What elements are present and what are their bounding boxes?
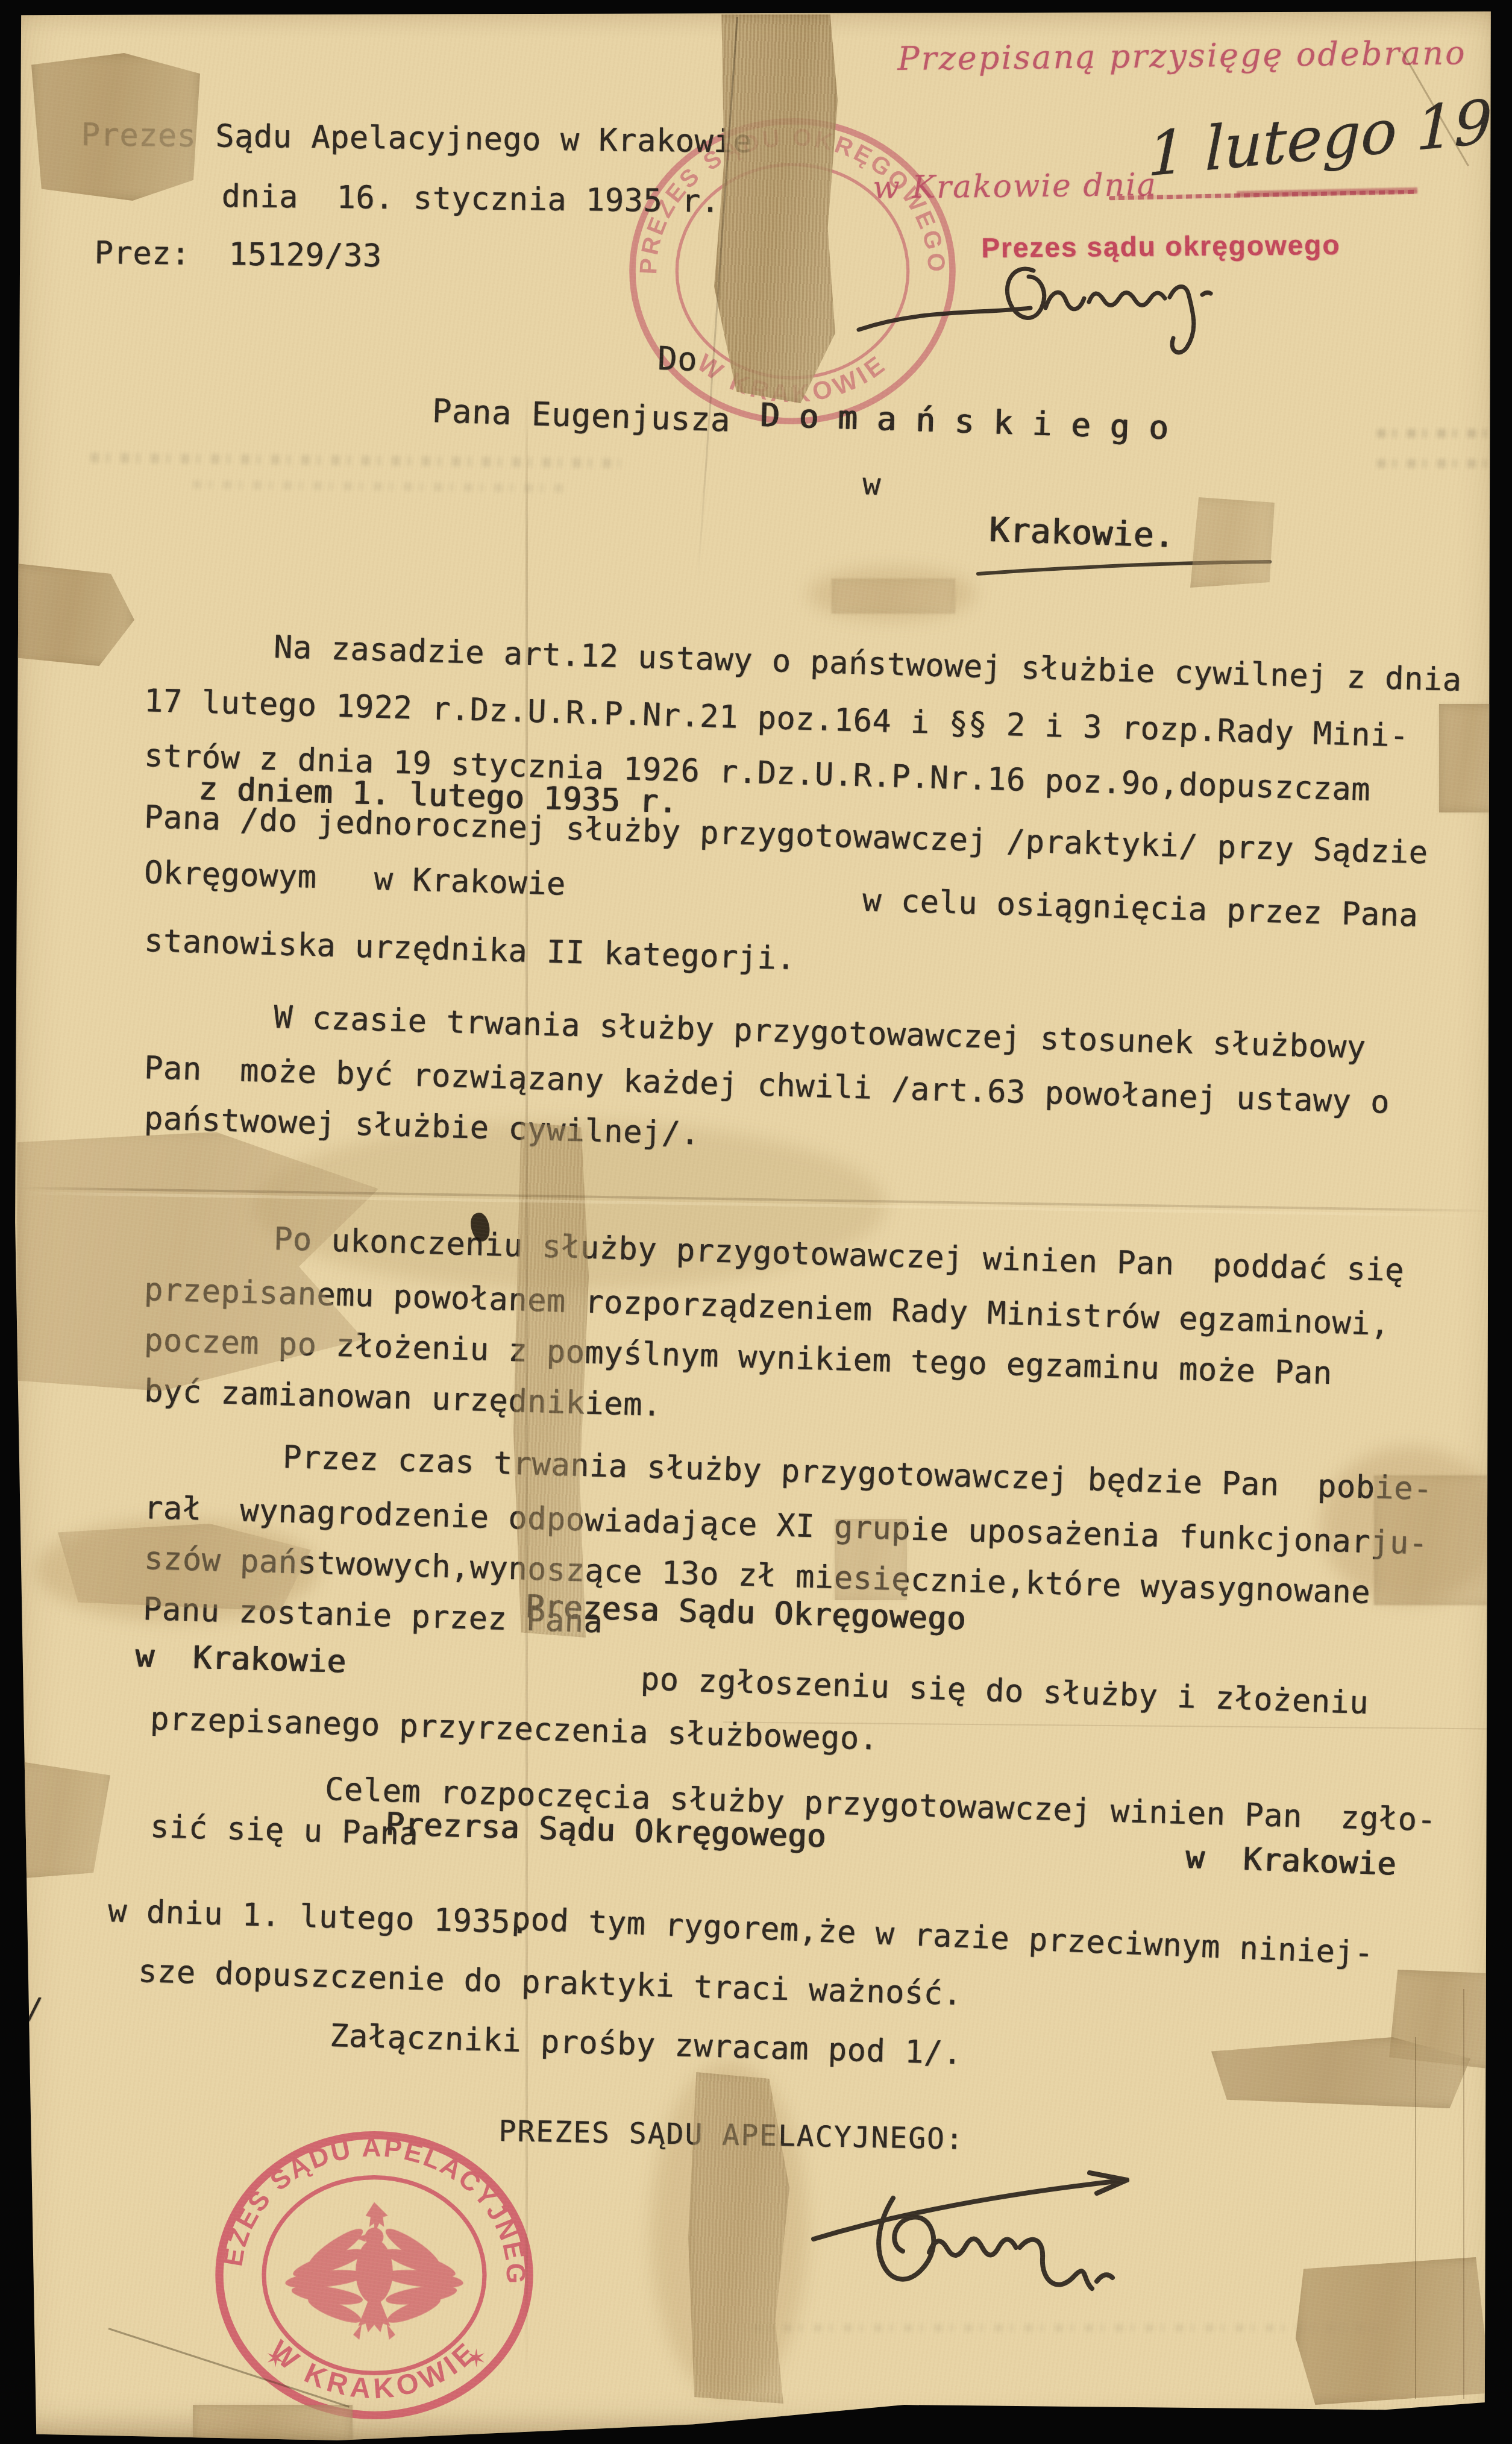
reference-number-line: Prez: 15129/33: [94, 237, 382, 272]
tape-piece: [17, 564, 134, 666]
appellate-president-signature: [801, 2161, 1211, 2317]
tape-piece: [193, 2405, 353, 2440]
address-city: Krakowie.: [988, 514, 1175, 553]
bleed-through-text: [1377, 429, 1507, 438]
tape-piece-center-top: [714, 14, 838, 403]
oath-received-stamp: Przepisaną przysięgę odebrano: [897, 34, 1467, 78]
typed-line: 17 lutego 1922 r.Dz.U.R.P.Nr.21 poz.164 …: [144, 685, 1410, 752]
tape-piece: [1190, 497, 1275, 588]
tape-piece: [1374, 1475, 1498, 1605]
tape-piece: [835, 1519, 907, 1600]
tape-piece: [31, 53, 200, 201]
typed-line: Na zasadzie art.12 ustawy o państwowej s…: [274, 632, 1463, 696]
typed-line: przepisanego przyrzeczenia służbowego.: [150, 1703, 879, 1755]
typed-line: pod tym rygorem,że w razie przeciwnym ni…: [511, 1903, 1374, 1969]
address-preposition: w: [862, 469, 881, 500]
tape-piece-center-bottom: [688, 2072, 789, 2404]
appellate-court-seal: PREZES SĄDU APELACYJNEGO W KRAKOWIE ✶ ✶: [201, 2120, 548, 2430]
bleed-through-text: [90, 453, 621, 468]
typed-line: W czasie trwania służby przygotowawczej …: [274, 1002, 1367, 1064]
tape-piece: [832, 579, 955, 614]
tape-piece: [17, 1761, 110, 1879]
address-salutation: Do: [657, 342, 698, 376]
tape-piece-center-fold: [513, 1122, 589, 1638]
tape-piece: [1439, 704, 1498, 812]
addressee-surname: Domańskiego: [759, 399, 1188, 445]
sender-date-line: dnia 16. stycznia 1935 r.: [221, 181, 720, 218]
typed-line: Przez czas trwania służby przygotowawcze…: [283, 1442, 1433, 1505]
handwritten-date: 1 lutego 1935: [1147, 79, 1512, 190]
eagle-icon: [284, 2202, 464, 2340]
seal-star-left: ✶: [265, 2345, 286, 2372]
typed-line: w Krakowie: [135, 1641, 347, 1678]
typed-line: Okręgowym w Krakowie: [144, 857, 566, 900]
district-president-signature: [853, 256, 1335, 371]
bleed-through-text: [753, 2324, 1386, 2332]
typed-line: stanowiska urzędnika II kategorji.: [144, 925, 796, 975]
tape-piece: [1296, 2257, 1492, 2405]
typed-line: Pana /do jednorocznej służby przygotowaw…: [144, 802, 1429, 869]
typed-line: w celu osiągnięcia przez Pana: [862, 885, 1419, 932]
typed-line: być zamianowan urzędnikiem.: [144, 1375, 662, 1421]
typed-line: po zgłoszeniu się do służby i złożeniu: [640, 1663, 1369, 1719]
typed-line: sze dopuszczenie do praktyki traci ważno…: [138, 1956, 963, 2010]
typed-line: w Krakowie: [1185, 1842, 1396, 1880]
addressee-name: Pana Eugenjusza: [431, 395, 731, 437]
paper-sheet: PREZES SĄDU OKRĘGOWEGO W KRAKOWIE Przepi…: [0, 0, 1512, 2444]
typed-line: sić się u Pana: [150, 1811, 419, 1850]
bleed-through-text: [1377, 459, 1507, 468]
place-date-stamp: w Krakowie dnia: [873, 167, 1157, 206]
typed-line: Załączniki prośby zwracam pod 1/.: [330, 2020, 963, 2069]
typed-line: w dniu 1. lutego 1935.: [108, 1896, 530, 1939]
seal-star-right: ✶: [466, 2345, 486, 2372]
bleed-through-text: [193, 480, 566, 492]
margin-note: 1/: [8, 1994, 44, 2024]
scanned-letter: PREZES SĄDU OKRĘGOWEGO W KRAKOWIE Przepi…: [0, 0, 1512, 2444]
